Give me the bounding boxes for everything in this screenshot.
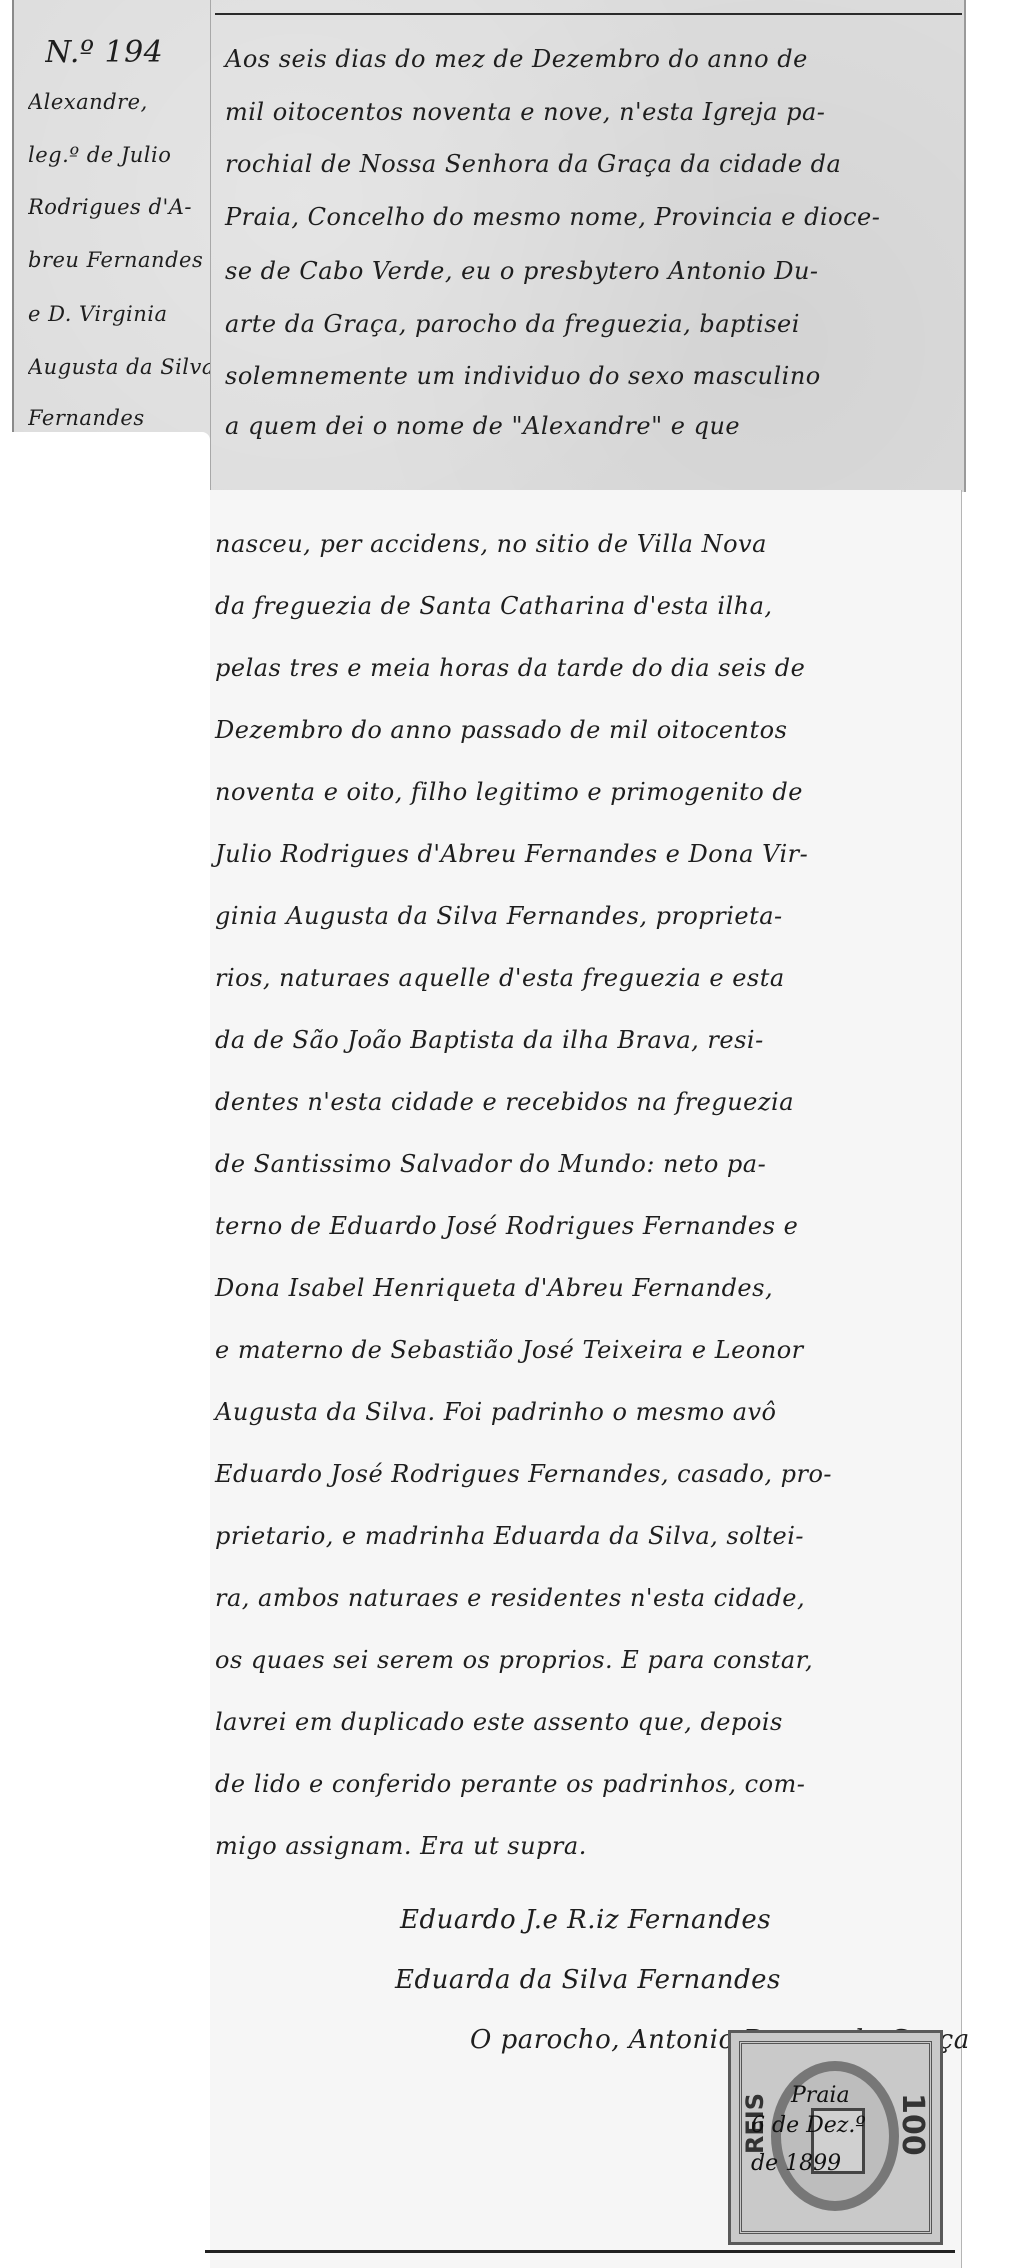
stamp-cancellation-line: de 1899 (751, 2151, 841, 2176)
body-line: prietario, e madrinha Eduarda da Silva, … (215, 1522, 804, 1550)
body-line: Dona Isabel Henriqueta d'Abreu Fernandes… (215, 1274, 773, 1302)
lower-record-sheet (203, 490, 962, 2268)
body-line: migo assignam. Era ut supra. (215, 1832, 587, 1860)
body-line: Augusta da Silva. Foi padrinho o mesmo a… (215, 1398, 777, 1426)
margin-column-divider (210, 0, 211, 492)
top-ruled-line (215, 13, 962, 15)
body-line: lavrei em duplicado este assento que, de… (215, 1708, 783, 1736)
body-line: arte da Graça, parocho da freguezia, bap… (225, 310, 800, 338)
body-line: solemnemente um individuo do sexo mascul… (225, 362, 821, 390)
body-line: Eduardo José Rodrigues Fernandes, casado… (215, 1460, 832, 1488)
body-line: Praia, Concelho do mesmo nome, Provincia… (225, 203, 880, 231)
body-line: de lido e conferido perante os padrinhos… (215, 1770, 805, 1798)
stamp-cancellation-line: 6 de Dez.º (751, 2113, 866, 2138)
body-line: e materno de Sebastião José Teixeira e L… (215, 1336, 804, 1364)
body-line: rios, naturaes aquelle d'esta freguezia … (215, 964, 785, 992)
body-line: nasceu, per accidens, no sitio de Villa … (215, 530, 767, 558)
stamp-value: 100 (895, 2093, 930, 2156)
margin-note-line: leg.º de Julio (28, 143, 210, 167)
margin-note-line: Alexandre, (28, 90, 210, 114)
body-line: pelas tres e meia horas da tarde do dia … (215, 654, 805, 682)
body-line: da de São João Baptista da ilha Brava, r… (215, 1026, 764, 1054)
margin-note-line: Rodrigues d'A- (28, 195, 210, 219)
body-line: a quem dei o nome de "Alexandre" e que (225, 412, 740, 440)
body-line: ginia Augusta da Silva Fernandes, propri… (215, 902, 783, 930)
body-line: de Santissimo Salvador do Mundo: neto pa… (215, 1150, 766, 1178)
margin-note-line: Fernandes (28, 406, 210, 430)
entry-number: N.º 194 (45, 35, 227, 70)
blank-margin-area (0, 432, 210, 2268)
body-line: Julio Rodrigues d'Abreu Fernandes e Dona… (215, 840, 808, 868)
body-line: Aos seis dias do mez de Dezembro do anno… (225, 45, 808, 73)
revenue-stamp: REIS 100 Praia 6 de Dez.º de 1899 (728, 2030, 943, 2245)
body-line: Dezembro do anno passado de mil oitocent… (215, 716, 787, 744)
body-line: mil oitocentos noventa e nove, n'esta Ig… (225, 98, 825, 126)
margin-note-line: breu Fernandes (28, 248, 210, 272)
body-line: dentes n'esta cidade e recebidos na freg… (215, 1088, 794, 1116)
body-line: terno de Eduardo José Rodrigues Fernande… (215, 1212, 798, 1240)
margin-note-line: Augusta da Silva (28, 355, 210, 379)
signature-godmother: Eduarda da Silva Fernandes (395, 1965, 781, 1995)
body-line: os quaes sei serem os proprios. E para c… (215, 1646, 813, 1674)
body-line: noventa e oito, filho legitimo e primoge… (215, 778, 803, 806)
body-line: da freguezia de Santa Catharina d'esta i… (215, 592, 773, 620)
margin-note-line: e D. Virginia (28, 302, 210, 326)
signature-godfather: Eduardo J.e R.iz Fernandes (400, 1905, 771, 1935)
stamp-cancellation-line: Praia (791, 2083, 850, 2108)
body-line: ra, ambos naturaes e residentes n'esta c… (215, 1584, 805, 1612)
body-line: rochial de Nossa Senhora da Graça da cid… (225, 150, 841, 178)
body-line: se de Cabo Verde, eu o presbytero Antoni… (225, 257, 819, 285)
bottom-ruled-line (205, 2250, 955, 2253)
